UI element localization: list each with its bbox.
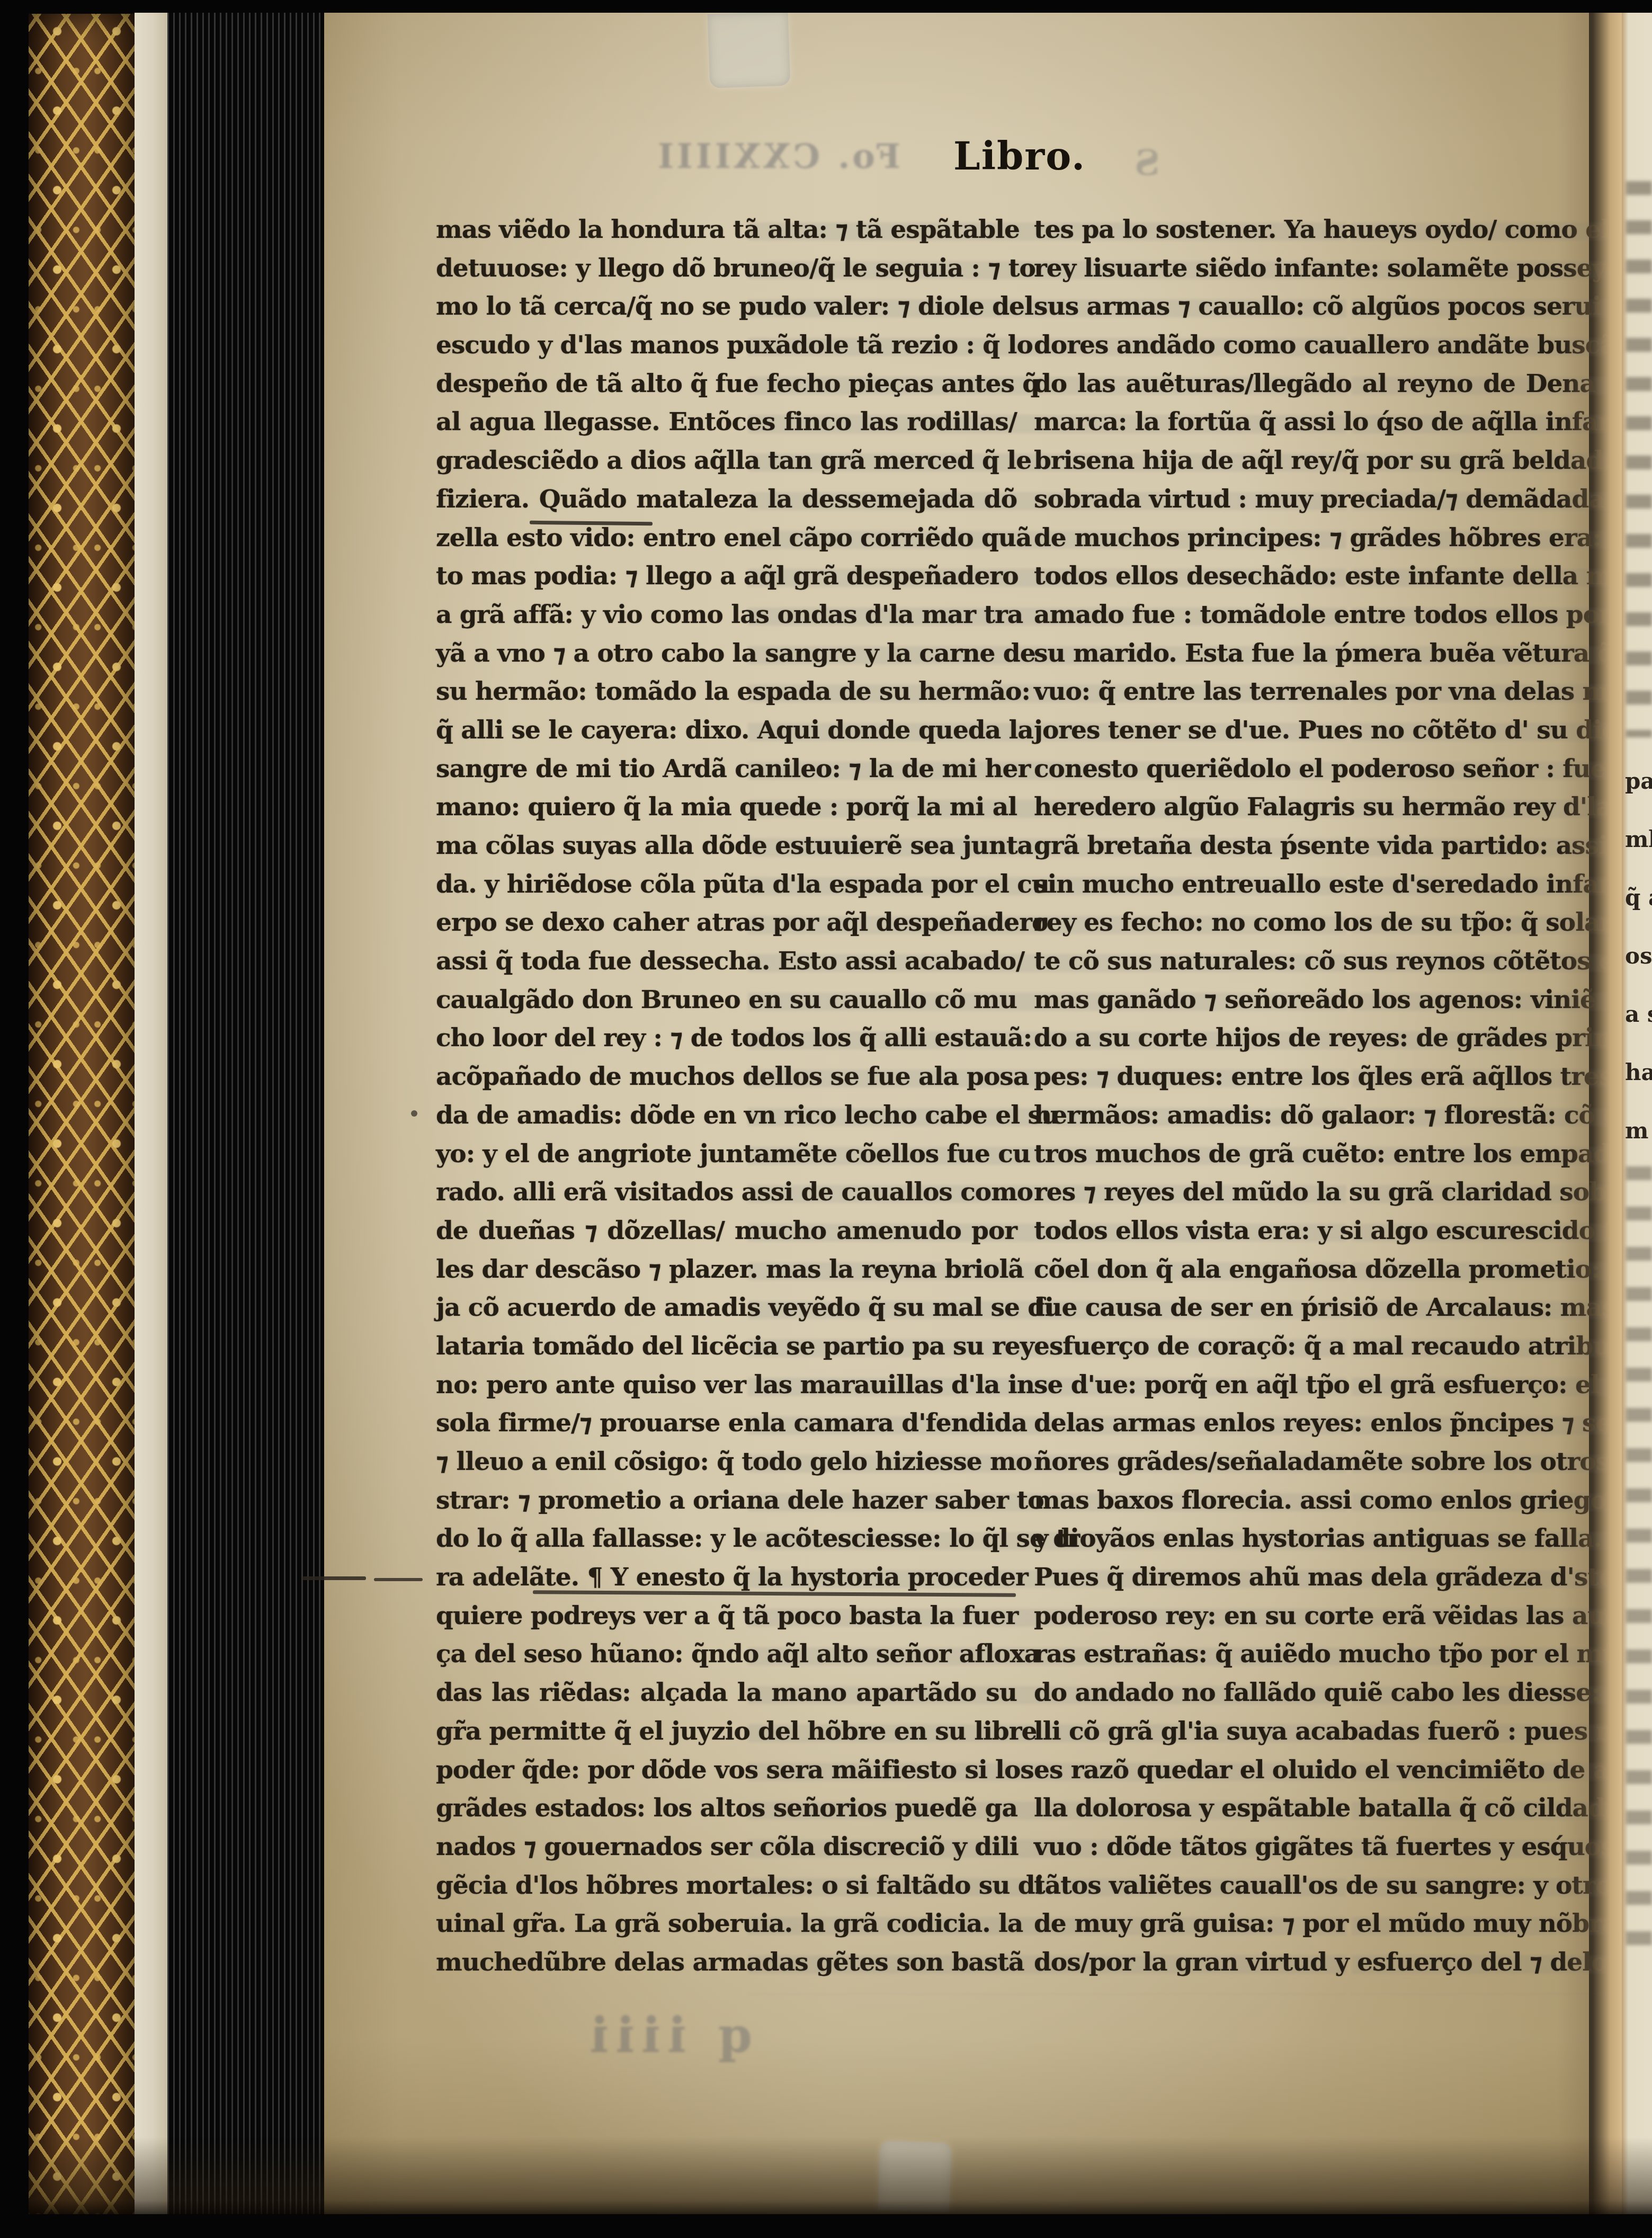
text-line: da. y hiriẽdose cõla pũta d'la espada po… bbox=[436, 866, 1017, 904]
text-line: lla dolorosa y espãtable batalla q̃ cõ c… bbox=[1034, 1789, 1595, 1828]
text-line: mas viẽdo la hondura tã alta: ⁊ tã espãt… bbox=[436, 211, 1017, 249]
black-frame-top bbox=[0, 0, 1652, 13]
text-line: sangre de mi tio Ardã canileo: ⁊ la de m… bbox=[436, 750, 1017, 789]
text-line: detuuose: y llego dõ bruneo/q̃ le seguia… bbox=[436, 249, 1017, 288]
text-line: do a su corte hijos de reyes: de grãdes … bbox=[1034, 1019, 1595, 1058]
text-line: su hermão: tomãdo la espada de su hermão… bbox=[436, 673, 1017, 711]
text-line: a sabed bbox=[1625, 985, 1652, 1044]
page-title: Libro. bbox=[953, 133, 1086, 179]
text-line: al agua llegasse. Entõces finco las rodi… bbox=[436, 403, 1017, 442]
text-line: yã a vno ⁊ a otro cabo la sangre y la ca… bbox=[436, 635, 1017, 673]
text-line: marca: la fortũa q̃ assi lo q́so de aq̃l… bbox=[1034, 403, 1595, 442]
text-smudge bbox=[1626, 181, 1652, 737]
text-line: heredero algũo Falagris su hermão rey d'… bbox=[1034, 788, 1595, 827]
text-line: erpo se dexo caher atras por aq̃l despeñ… bbox=[436, 904, 1017, 942]
text-line: brisena hija de aq̃l rey/q̃ por su grã b… bbox=[1034, 442, 1595, 480]
text-line: fiziera. Quãdo mataleza la dessemejada d… bbox=[436, 480, 1017, 519]
text-line: de muy grã guisa: ⁊ por el mũdo muy nõbr… bbox=[1034, 1905, 1595, 1943]
text-line: do las auẽturas/llegãdo al reyno de Dena bbox=[1034, 365, 1595, 404]
text-line: rey es fecho: no como los de su tp̃o: q̃… bbox=[1034, 904, 1595, 942]
text-line: assi q̃ toda fue dessecha. Esto assi aca… bbox=[436, 942, 1017, 981]
text-line: m su bbox=[1625, 1102, 1652, 1160]
text-line: q̃ aquiẽ bbox=[1625, 869, 1652, 927]
text-line: muchedũbre delas armadas gẽtes son bastã bbox=[436, 1943, 1017, 1982]
text-line: mbuyr bbox=[1625, 810, 1652, 869]
text-line: q̃ alli se le cayera: dixo. Aqui donde q… bbox=[436, 711, 1017, 750]
text-line: sola firme/⁊ prouarse enla camara d'fend… bbox=[436, 1404, 1017, 1443]
text-line: es razõ quedar el oluido el vencimiẽto d… bbox=[1034, 1751, 1595, 1790]
text-line: rado. alli erã visitados assi de cauallo… bbox=[436, 1173, 1017, 1212]
text-line: rey lisuarte siẽdo infante: solamẽte pos… bbox=[1034, 249, 1595, 288]
text-line: tãtos valiẽtes cauall'os de su sangre: y… bbox=[1034, 1867, 1595, 1905]
text-line: acõpañado de muchos dellos se fue ala po… bbox=[436, 1058, 1017, 1096]
text-line: gradesciẽdo a dios aq̃lla tan grã merced… bbox=[436, 442, 1017, 480]
text-line: de dueñas ⁊ dõzellas/ mucho amenudo por bbox=[436, 1212, 1017, 1251]
text-line: Pues q̃ diremos ahũ mas dela grãdeza d's… bbox=[1034, 1558, 1595, 1597]
text-line: os seri bbox=[1625, 927, 1652, 985]
text-line: poder q̃de: por dõde vos sera mãifiesto … bbox=[436, 1751, 1017, 1790]
left-text-column: mas viẽdo la hondura tã alta: ⁊ tã espãt… bbox=[436, 211, 1017, 1982]
text-line: se d'ue: porq̃ en aq̃l tp̃o el grã esfue… bbox=[1034, 1366, 1595, 1405]
text-line: delas armas enlos reyes: enlos p̃ncipes … bbox=[1034, 1404, 1595, 1443]
text-line: pes: ⁊ duques: entre los q̃les erã aq̃ll… bbox=[1034, 1058, 1595, 1096]
text-line: ras estrañas: q̃ auiẽdo mucho tp̃o por e… bbox=[1034, 1635, 1595, 1674]
paper-edge-strip bbox=[135, 12, 167, 2218]
right-text-column: tes pa lo sostener. Ya haueys oydo/ como… bbox=[1034, 211, 1595, 1982]
ghost-signature-mark: q iiii bbox=[583, 2007, 752, 2064]
text-line: da de amadis: dõde en vn rico lecho cabe… bbox=[436, 1096, 1017, 1135]
text-line: ça del seso hũano: q̃ndo aq̃l alto señor… bbox=[436, 1635, 1017, 1674]
text-line: quiere podreys ver a q̃ tã poco basta la… bbox=[436, 1597, 1017, 1636]
text-line: to mas podia: ⁊ llego a aq̃l grã despeña… bbox=[436, 557, 1017, 596]
text-line: dores andãdo como cauallero andãte buscã bbox=[1034, 326, 1595, 365]
text-line: cho loor del rey : ⁊ de todos los q̃ all… bbox=[436, 1019, 1017, 1058]
text-line: su marido. Esta fue la ṕmera buẽa vẽtura… bbox=[1034, 635, 1595, 673]
text-line: fue causa de ser en ṕrisiõ de Arcalaus: … bbox=[1034, 1289, 1595, 1327]
text-line: no: pero ante quiso ver las marauillas d… bbox=[436, 1366, 1017, 1405]
text-line: todos ellos desechãdo: este infante dell… bbox=[1034, 557, 1595, 596]
next-page-text-fragments: pa lasmbuyrq̃ aquiẽos seria sabedhauiam … bbox=[1625, 752, 1652, 1160]
text-line: res ⁊ reyes del mũdo la su grã claridad … bbox=[1034, 1173, 1595, 1212]
text-line: vuo: q̃ entre las terrenales por vna del… bbox=[1034, 673, 1595, 711]
text-line: do lo q̃ alla fallasse: y le acõtesciess… bbox=[436, 1520, 1017, 1558]
text-line: do andado no fallãdo quiẽ cabo les diess… bbox=[1034, 1674, 1595, 1713]
text-line: lli cõ grã gl'ia suya acabadas fuerõ : p… bbox=[1034, 1713, 1595, 1751]
text-line: strar: ⁊ prometio a oriana dele hazer sa… bbox=[436, 1482, 1017, 1520]
text-line: sin mucho entreuallo este d'seredado inf… bbox=[1034, 866, 1595, 904]
text-line: tes pa lo sostener. Ya haueys oydo/ como… bbox=[1034, 211, 1595, 249]
ghost-folio-number: Fo. CXXIIII bbox=[487, 137, 900, 176]
text-line: das las riẽdas: alçada la mano apartãdo … bbox=[436, 1674, 1017, 1713]
text-line: sobrada virtud : muy preciada/⁊ demãdada bbox=[1034, 480, 1595, 519]
gutter-shadow bbox=[1557, 12, 1622, 2215]
text-line: ñores grãdes/señaladamẽte sobre los otro… bbox=[1034, 1443, 1595, 1482]
text-line: cõel don q̃ ala engañosa dõzella prometi… bbox=[1034, 1251, 1595, 1289]
text-smudge bbox=[1626, 1166, 1652, 1961]
text-line: mas ganãdo ⁊ señoreãdo los agenos: viniẽ bbox=[1034, 981, 1595, 1020]
text-line: poderoso rey: en su corte erã vẽidas las… bbox=[1034, 1597, 1595, 1636]
text-line: les dar descãso ⁊ plazer. mas la reyna b… bbox=[436, 1251, 1017, 1289]
text-line: hauia bbox=[1625, 1044, 1652, 1102]
text-line: grã bretaña desta ṕsente vida partido: a… bbox=[1034, 827, 1595, 866]
text-line: ja cõ acuerdo de amadis veyẽdo q̃ su mal… bbox=[436, 1289, 1017, 1327]
text-line: caualgãdo don Bruneo en su cauallo cõ mu bbox=[436, 981, 1017, 1020]
black-frame-bottom bbox=[0, 2214, 1652, 2238]
text-line: escudo y d'las manos puxãdole tã rezio :… bbox=[436, 326, 1017, 365]
page-bottom-shadow bbox=[29, 2137, 1652, 2216]
text-line: lataria tomãdo del licẽcia se partio pa … bbox=[436, 1327, 1017, 1366]
text-line: nados ⁊ gouernados ser cõla discreciõ y … bbox=[436, 1828, 1017, 1867]
text-line: pa las bbox=[1625, 752, 1652, 810]
text-line: conesto queriẽdolo el poderoso señor : f… bbox=[1034, 750, 1595, 789]
text-line: tros muchos de grã cuẽto: entre los empa… bbox=[1034, 1135, 1595, 1174]
next-page-edge: pa lasmbuyrq̃ aquiẽos seria sabedhauiam … bbox=[1622, 12, 1652, 2215]
text-line: ma cõlas suyas alla dõde estuuierẽ sea j… bbox=[436, 827, 1017, 866]
text-line: esfuerço de coraçõ: q̃ a mal recaudo atr… bbox=[1034, 1327, 1595, 1366]
text-line: yo: y el de angriote juntamẽte cõellos f… bbox=[436, 1135, 1017, 1174]
text-line: amado fue : tomãdole entre todos ellos p… bbox=[1034, 596, 1595, 635]
text-line: vuo : dõde tãtos gigãtes tã fuertes y es… bbox=[1034, 1828, 1595, 1867]
margin-ink-dash bbox=[374, 1578, 423, 1581]
text-line: y troyãos enlas hystorias antiguas se fa… bbox=[1034, 1520, 1595, 1558]
book-photo: Fo. CXXIIII Libro. S mas viẽdo la hondur… bbox=[0, 0, 1652, 2238]
text-line: gẽcia d'los hõbres mortales: o si faltãd… bbox=[436, 1867, 1017, 1905]
ghost-initial: S bbox=[1135, 142, 1160, 183]
text-line: mas baxos florecia. assi como enlos grie… bbox=[1034, 1482, 1595, 1520]
gilt-tooled-binding-edge bbox=[28, 14, 135, 2217]
text-line: despeño de tã alto q̃ fue fecho pieças a… bbox=[436, 365, 1017, 404]
text-line: uinal gr̃a. La grã soberuia. la grã codi… bbox=[436, 1905, 1017, 1943]
text-line: hermãos: amadis: dõ galaor: ⁊ florestã: … bbox=[1034, 1096, 1595, 1135]
text-line: te cõ sus naturales: cõ sus reynos cõtẽt… bbox=[1034, 942, 1595, 981]
text-line: dos/por la gran virtud y esfuerço del ⁊ … bbox=[1034, 1943, 1595, 1982]
margin-ink-dash bbox=[302, 1576, 366, 1580]
text-line: gr̃a permitte q̃ el juyzio del hõbre en … bbox=[436, 1713, 1017, 1751]
text-line: de muchos principes: ⁊ grãdes hõbres era… bbox=[1034, 519, 1595, 558]
text-line: grãdes estados: los altos señorios puedẽ… bbox=[436, 1789, 1017, 1828]
text-line: mo lo tã cerca/q̃ no se pudo valer: ⁊ di… bbox=[436, 288, 1017, 326]
text-line: sus armas ⁊ cauallo: cõ algũos pocos ser… bbox=[1034, 288, 1595, 326]
black-frame-left bbox=[0, 0, 29, 2238]
margin-ink-dot bbox=[411, 1110, 417, 1117]
text-line: ⁊ lleuo a enil cõsigo: q̃ todo gelo hizi… bbox=[436, 1443, 1017, 1482]
text-line: a grã affã: y vio como las ondas d'la ma… bbox=[436, 596, 1017, 635]
text-line: jores tener se d'ue. Pues no cõtẽto d' s… bbox=[1034, 711, 1595, 750]
page-stack-fore-edge bbox=[167, 12, 324, 2218]
text-line: mano: quiero q̃ la mia quede : porq̃ la … bbox=[436, 788, 1017, 827]
text-line: zella esto vido: entro enel cãpo corriẽd… bbox=[436, 519, 1017, 558]
vellum-holding-tab-top bbox=[708, 11, 791, 88]
text-line: todos ellos vista era: y si algo escures… bbox=[1034, 1212, 1595, 1251]
